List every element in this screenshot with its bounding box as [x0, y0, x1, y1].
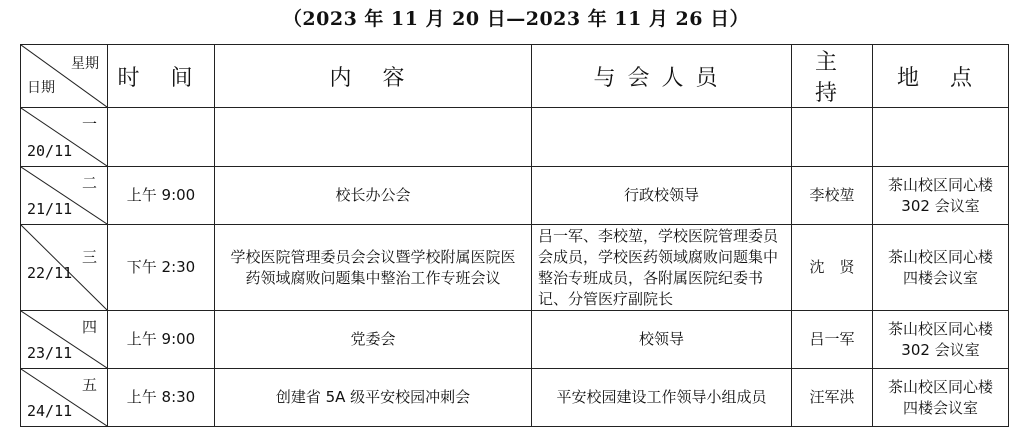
table-row: 五 24/11 上午 8:30 创建省 5A 级平安校园冲刺会 平安校园建设工作… [21, 369, 1009, 427]
table-row: 二 21/11 上午 9:00 校长办公会 行政校领导 李校堃 茶山校区同心楼 … [21, 167, 1009, 225]
weekday: 五 [82, 375, 97, 396]
date: 20/11 [27, 141, 72, 162]
location-cell: 茶山校区同心楼 四楼会议室 [873, 369, 1009, 427]
header-host: 主 持 [792, 45, 873, 108]
date: 23/11 [27, 343, 72, 364]
content-cell: 校长办公会 [215, 167, 532, 225]
weekly-meeting-schedule-table: 星期 日期 时 间 内 容 与会人员 主 持 地 点 一 20/11 二 21/… [20, 44, 1009, 427]
table-row: 一 20/11 [21, 108, 1009, 167]
time-cell [108, 108, 215, 167]
weekday: 四 [82, 317, 97, 338]
attendees-cell [532, 108, 792, 167]
location-cell: 茶山校区同心楼 302 会议室 [873, 167, 1009, 225]
attendees-cell: 行政校领导 [532, 167, 792, 225]
weekday: 三 [82, 247, 97, 268]
header-date-label: 日期 [27, 77, 55, 97]
header-weekday-date-cell: 星期 日期 [21, 45, 108, 108]
header-time: 时 间 [108, 45, 215, 108]
header-weekday-label: 星期 [71, 53, 99, 73]
attendees-cell: 吕一军、李校堃，学校医院管理委员会成员，学校医药领域腐败问题集中整治专班成员，各… [532, 225, 792, 311]
content-cell [215, 108, 532, 167]
header-content: 内 容 [215, 45, 532, 108]
attendees-cell: 校领导 [532, 311, 792, 369]
weekday-date-cell: 三 22/11 [21, 225, 108, 311]
schedule-date-range-title: （2023 年 11 月 20 日—2023 年 11 月 26 日） [0, 4, 1032, 31]
location-cell: 茶山校区同心楼 四楼会议室 [873, 225, 1009, 311]
time-cell: 上午 8:30 [108, 369, 215, 427]
table-row: 四 23/11 上午 9:00 党委会 校领导 吕一军 茶山校区同心楼 302 … [21, 311, 1009, 369]
weekday-date-cell: 五 24/11 [21, 369, 108, 427]
date: 21/11 [27, 199, 72, 220]
weekday: 一 [82, 114, 97, 135]
time-cell: 上午 9:00 [108, 167, 215, 225]
header-attendees: 与会人员 [532, 45, 792, 108]
weekday-date-cell: 一 20/11 [21, 108, 108, 167]
weekday-date-cell: 二 21/11 [21, 167, 108, 225]
table-row: 三 22/11 下午 2:30 学校医院管理委员会会议暨学校附属医院医药领域腐败… [21, 225, 1009, 311]
table-header-row: 星期 日期 时 间 内 容 与会人员 主 持 地 点 [21, 45, 1009, 108]
host-cell: 汪军洪 [792, 369, 873, 427]
location-cell: 茶山校区同心楼 302 会议室 [873, 311, 1009, 369]
host-cell [792, 108, 873, 167]
host-cell: 李校堃 [792, 167, 873, 225]
weekday-date-cell: 四 23/11 [21, 311, 108, 369]
content-cell: 学校医院管理委员会会议暨学校附属医院医药领域腐败问题集中整治工作专班会议 [215, 225, 532, 311]
host-cell: 吕一军 [792, 311, 873, 369]
location-cell [873, 108, 1009, 167]
attendees-cell: 平安校园建设工作领导小组成员 [532, 369, 792, 427]
content-cell: 党委会 [215, 311, 532, 369]
host-cell: 沈 贤 [792, 225, 873, 311]
date: 24/11 [27, 401, 72, 422]
weekday: 二 [82, 173, 97, 194]
header-location: 地 点 [873, 45, 1009, 108]
time-cell: 下午 2:30 [108, 225, 215, 311]
time-cell: 上午 9:00 [108, 311, 215, 369]
date: 22/11 [27, 263, 72, 284]
content-cell: 创建省 5A 级平安校园冲刺会 [215, 369, 532, 427]
